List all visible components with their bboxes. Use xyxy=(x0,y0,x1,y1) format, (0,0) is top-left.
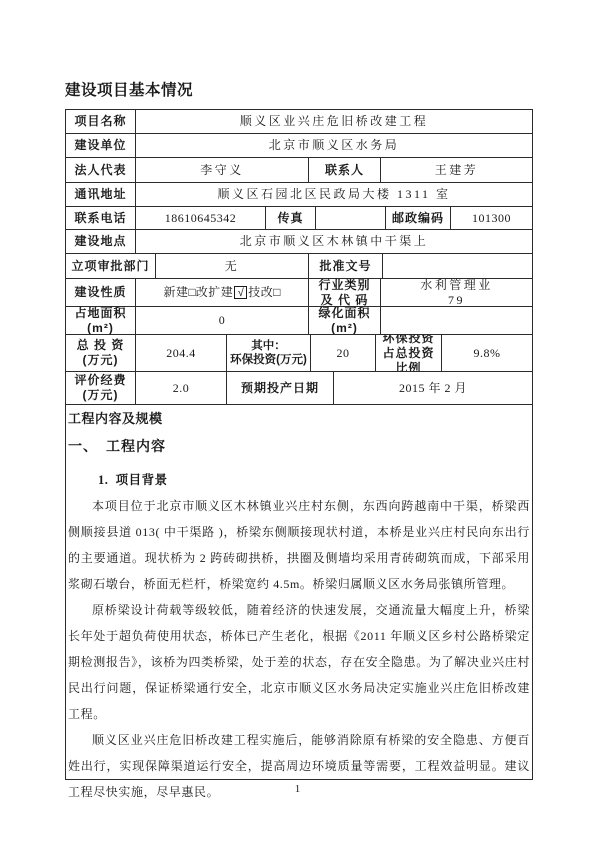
table-row: 立项审批部门 无 批准文号 xyxy=(66,254,532,279)
table-row: 联系电话 18610645342 传真 邮政编码 101300 xyxy=(66,207,532,230)
build-unit-value: 北京市顺义区水务局 xyxy=(136,134,532,157)
approval-dept-label: 立项审批部门 xyxy=(66,254,156,278)
eval-fee-label: 评价经费 (万元) xyxy=(66,372,136,404)
basic-info-table: 项目名称 顺义区业兴庄危旧桥改建工程 建设单位 北京市顺义区水务局 法人代表 李… xyxy=(65,109,533,405)
postcode-value: 101300 xyxy=(451,207,532,229)
env-ratio-value: 9.8% xyxy=(442,335,532,371)
fax-value xyxy=(316,207,386,229)
nature-label: 建设性质 xyxy=(66,279,136,306)
industry-label: 行业类别 及 代 码 xyxy=(309,279,381,306)
table-row: 建设性质 新建□改扩建√技改□ 行业类别 及 代 码 水利管理业 79 xyxy=(66,279,532,307)
checkbox-tech-unchecked: □ xyxy=(273,285,280,300)
legal-rep-label: 法人代表 xyxy=(66,158,136,182)
table-row: 评价经费 (万元) 2.0 预期投产日期 2015 年 2 月 xyxy=(66,372,532,404)
phone-label: 联系电话 xyxy=(66,207,136,229)
approval-doc-label: 批准文号 xyxy=(309,254,383,278)
env-invest-label: 其中： 环保投资(万元) xyxy=(227,335,311,371)
contact-label: 联系人 xyxy=(309,158,381,182)
subheading-project-background: 1. 项目背景 xyxy=(98,470,530,488)
document-body: 建设项目基本情况 项目名称 顺义区业兴庄危旧桥改建工程 建设单位 北京市顺义区水… xyxy=(65,78,533,780)
body-paragraphs: 本项目位于北京市顺义区木林镇业兴庄村东侧，东西向跨越南中干渠，桥梁西侧顺接县道 … xyxy=(68,493,530,805)
project-name-value: 顺义区业兴庄危旧桥改建工程 xyxy=(136,110,532,133)
table-row: 项目名称 顺义区业兴庄危旧桥改建工程 xyxy=(66,110,532,134)
location-value: 北京市顺义区木林镇中干渠上 xyxy=(136,230,532,253)
checkbox-new-unchecked: □ xyxy=(188,285,195,300)
land-area-value: 0 xyxy=(136,307,309,334)
approval-dept-value: 无 xyxy=(156,254,309,278)
page-number: 1 xyxy=(0,783,595,795)
paragraph: 原桥梁设计荷载等级较低，随着经济的快速发展，交通流量大幅度上升，桥梁长年处于超负… xyxy=(68,597,530,727)
paragraph: 本项目位于北京市顺义区木林镇业兴庄村东侧，东西向跨越南中干渠，桥梁西侧顺接县道 … xyxy=(68,493,530,597)
section-label: 工程内容及规模 xyxy=(68,407,530,427)
total-invest-label: 总 投 资 (万元) xyxy=(66,335,136,371)
contact-value: 王建芳 xyxy=(381,158,532,182)
table-row: 建设地点 北京市顺义区木林镇中干渠上 xyxy=(66,230,532,254)
table-row: 通讯地址 顺义区石园北区民政局大楼 1311 室 xyxy=(66,183,532,207)
nature-option-rebuild: 改扩建 xyxy=(196,285,234,300)
project-content-section: 工程内容及规模 一、 工程内容 1. 项目背景 本项目位于北京市顺义区木林镇业兴… xyxy=(65,405,533,780)
phone-value: 18610645342 xyxy=(136,207,266,229)
production-date-value: 2015 年 2 月 xyxy=(334,372,532,404)
table-row: 占地面积 (m²) 0 绿化面积 (m²) xyxy=(66,307,532,335)
heading-project-content: 一、 工程内容 xyxy=(68,436,530,456)
legal-rep-value: 李守义 xyxy=(136,158,309,182)
fax-label: 传真 xyxy=(266,207,316,229)
nature-value: 新建□改扩建√技改□ xyxy=(136,279,309,306)
green-area-label: 绿化面积 (m²) xyxy=(309,307,381,334)
table-row: 法人代表 李守义 联系人 王建芳 xyxy=(66,158,532,183)
approval-doc-value xyxy=(383,254,532,278)
checkbox-rebuild-checked: √ xyxy=(234,286,247,299)
location-label: 建设地点 xyxy=(66,230,136,253)
address-label: 通讯地址 xyxy=(66,183,136,206)
project-name-label: 项目名称 xyxy=(66,110,136,133)
industry-value: 水利管理业 79 xyxy=(381,279,532,306)
nature-option-tech: 技改 xyxy=(248,285,273,300)
table-row: 建设单位 北京市顺义区水务局 xyxy=(66,134,532,158)
eval-fee-value: 2.0 xyxy=(136,372,227,404)
green-area-value xyxy=(381,307,532,334)
document-title: 建设项目基本情况 xyxy=(65,78,533,100)
production-date-label: 预期投产日期 xyxy=(227,372,334,404)
land-area-label: 占地面积 (m²) xyxy=(66,307,136,334)
nature-option-new: 新建 xyxy=(163,285,188,300)
address-value: 顺义区石园北区民政局大楼 1311 室 xyxy=(136,183,532,206)
build-unit-label: 建设单位 xyxy=(66,134,136,157)
table-row: 总 投 资 (万元) 204.4 其中： 环保投资(万元) 20 环保投资 占总… xyxy=(66,335,532,372)
postcode-label: 邮政编码 xyxy=(386,207,451,229)
env-ratio-label: 环保投资 占总投资 比例 xyxy=(376,335,442,371)
total-invest-value: 204.4 xyxy=(136,335,227,371)
env-invest-value: 20 xyxy=(311,335,376,371)
